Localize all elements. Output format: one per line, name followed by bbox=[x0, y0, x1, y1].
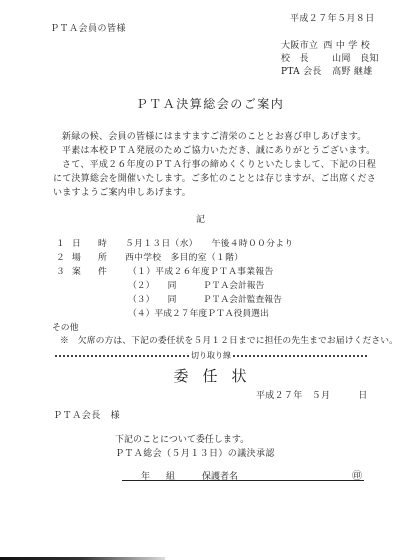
sender-name: 山岡 良知 bbox=[332, 54, 379, 64]
body-line: 平素は本校ＰＴＡ発展のためご協力いただき、誠にありがとうございます。 bbox=[62, 143, 375, 156]
item-label-1: 案 bbox=[72, 264, 81, 277]
sender-name: 西 中 学 校 bbox=[323, 41, 370, 51]
proxy-statement: 下記のことについて委任します。 bbox=[115, 432, 249, 445]
item-label-1: 日 bbox=[72, 236, 81, 249]
sender-label: PTA 会長 bbox=[281, 64, 329, 77]
dotted-line bbox=[55, 355, 189, 357]
item-label-2: 時 bbox=[98, 236, 107, 249]
sender-name: 高野 継雄 bbox=[332, 67, 372, 77]
item-number: ３ bbox=[56, 264, 65, 277]
proxy-date: 平成２７年 ５月 日 bbox=[256, 388, 368, 401]
sender-pta-president: PTA 会長 高野 継雄 bbox=[281, 64, 373, 77]
agenda-item: （４）平成２７年度ＰＴＡ役員選出 bbox=[128, 306, 269, 319]
proxy-title: 委任状 bbox=[0, 365, 420, 386]
sender-principal: 校 長 山岡 良知 bbox=[281, 51, 379, 64]
cut-line-label: 切り取り線 bbox=[189, 350, 233, 361]
item-value: 西中学校 多目的室（１階） bbox=[125, 250, 243, 263]
item-label-2: 件 bbox=[98, 264, 107, 277]
item-label-2: 所 bbox=[98, 250, 107, 263]
proxy-matter: ＰＴＡ総会（５月１３日）の議決承認 bbox=[115, 446, 275, 459]
sender-label: 校 長 bbox=[281, 51, 329, 64]
sender-school: 大阪市立 西 中 学 校 bbox=[281, 38, 370, 51]
agenda-item: （２） 同 ＰＴＡ会計報告 bbox=[128, 278, 264, 291]
sender-label: 大阪市立 bbox=[281, 41, 318, 51]
document-title: ＰＴＡ決算総会のご案内 bbox=[0, 95, 420, 112]
signature-underline bbox=[122, 480, 364, 481]
other-label: その他 bbox=[52, 320, 78, 333]
agenda-item: （３） 同 ＰＴＡ会計監査報告 bbox=[128, 292, 282, 305]
item-number: １ bbox=[56, 236, 65, 249]
body-line: にて決算総会を開催いたします。ご多忙のこととは存じますが、ご出席くださ bbox=[53, 171, 376, 184]
body-line: さて、平成２６年度のＰＴＡ行事の締めくくりといたしまして、下記の日程 bbox=[62, 157, 376, 170]
item-value: ５月１３日（水） 午後４時００分より bbox=[125, 236, 293, 249]
absence-note: ※ 欠席の方は、下記の委任状を５月１２日までに担任の先生までお届けください。 bbox=[60, 333, 398, 346]
cut-line: 切り取り線 bbox=[55, 350, 367, 361]
item-number: ２ bbox=[56, 250, 65, 263]
item-label-1: 場 bbox=[72, 250, 81, 263]
body-line: いますようご案内申しあげます。 bbox=[53, 185, 191, 198]
greeting: ＰＴＡ会員の皆様 bbox=[50, 21, 126, 34]
item-value: （１）平成２６年度ＰＴＡ事業報告 bbox=[128, 264, 274, 277]
body-line: 新緑の候、会員の皆様にはますますご清栄のこととお喜び申しあげます。 bbox=[62, 129, 367, 142]
proxy-addressee: ＰＴＡ会長 様 bbox=[53, 408, 120, 421]
ki-heading: 記 bbox=[196, 212, 205, 225]
issue-date: 平成２７年５月８日 bbox=[290, 11, 375, 24]
dotted-line bbox=[233, 355, 367, 357]
